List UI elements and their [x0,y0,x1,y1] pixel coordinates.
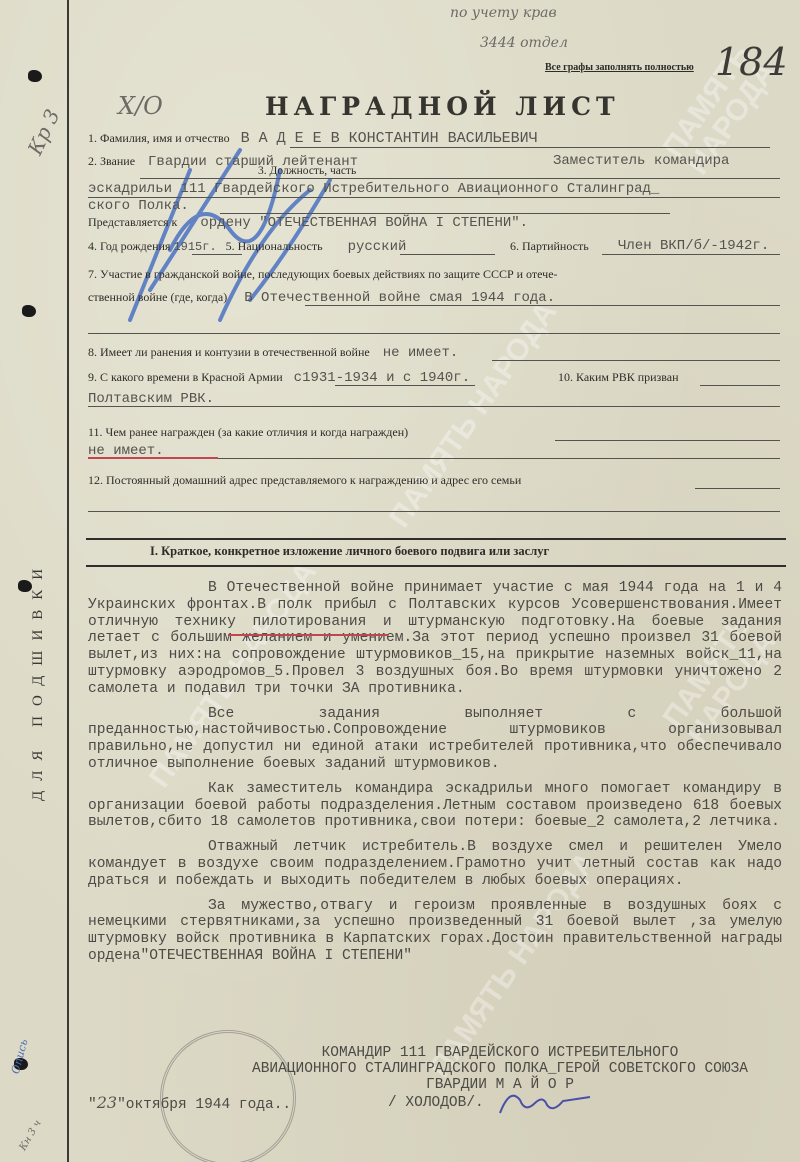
field-participation-cont: ственной войне (где, когда) В Отечествен… [88,289,782,306]
field-value: Член ВКП/б/-1942г. [618,238,769,254]
fill-line [88,406,780,407]
field-label: 10. Каким РВК призван [558,369,679,385]
red-underline [88,457,218,459]
field-value: Полтавским РВК. [88,391,214,407]
citation-paragraph: Как заместитель командира эскадрильи мно… [88,781,782,831]
field-army-since: 9. С какого времени в Красной Армии с193… [88,369,782,386]
fill-line [555,440,780,441]
field-position-label: 3. Должность, часть [258,163,782,179]
field-value: 1915г. [173,240,216,254]
fill-line [218,458,780,459]
commander-name: / ХОЛОДОВ/. [388,1095,484,1111]
fill-line [400,254,495,255]
fill-line [695,488,780,489]
field-label: 9. С какого времени в Красной Армии [88,370,283,384]
signature-line: АВИАЦИОННОГО СТАЛИНГРАДСКОГО ПОЛКА_ГЕРОЙ… [230,1061,770,1077]
field-rvk: Полтавским РВК. [88,390,782,407]
field-label: 7. Участие в гражданской войне, последую… [88,267,558,281]
field-birth-year: 4. Год рождения 1915г. 5. Национальность… [88,238,782,255]
field-label: 8. Имеет ли ранения и контузии в отечест… [88,345,370,359]
fill-line [220,213,670,214]
field-label: ственной войне (где, когда) [88,290,227,304]
field-label: 1. Фамилия, имя и отчество [88,131,230,145]
date-rest: октября 1944 года.. [126,1097,291,1113]
citation-paragraph: Отважный летчик истребитель.В воздухе см… [88,839,782,889]
commander-signature [495,1085,595,1120]
field-label: 4. Год рождения [88,239,170,253]
signature-line: КОМАНДИР 111 ГВАРДЕЙСКОГО ИСТРЕБИТЕЛЬНОГ… [230,1045,770,1061]
field-value: русский [348,239,407,255]
field-value: ского Полка. [88,198,189,214]
citation-body: В Отечественной войне принимает участие … [88,580,782,973]
red-underline [228,634,388,636]
binding-line [67,0,69,1162]
field-value: В А Д Е Е В КОНСТАНТИН ВАСИЛЬЕВИЧ [241,130,538,147]
field-label: 12. Постоянный домашний адрес представля… [88,473,521,487]
field-value: не имеет. [383,345,459,361]
citation-paragraph: В Отечественной войне принимает участие … [88,580,782,698]
field-label: 3. Должность, часть [258,165,356,177]
field-value: эскадрильи 111 Гвардейского Истребительн… [88,181,659,197]
section-divider [86,538,786,540]
field-address: 12. Постоянный домашний адрес представля… [88,472,782,488]
punch-hole [22,305,36,317]
signature-date: "23"октября 1944 года.. [88,1095,291,1113]
field-name: 1. Фамилия, имя и отчество В А Д Е Е В К… [88,130,782,147]
margin-handwriting: Х/О [118,92,163,120]
fill-line [88,511,780,512]
instruction-note: Все графы заполнять полностью [545,62,694,73]
field-position-cont: ского Полка. [88,197,782,214]
field-label: 2. Звание [88,154,135,168]
field-participation: 7. Участие в гражданской войне, последую… [88,266,782,282]
fill-line [290,147,770,148]
fill-line [602,254,780,255]
field-label: 5. Национальность [226,239,323,253]
fill-line [492,360,780,361]
field-wounds: 8. Имеет ли ранения и контузии в отечест… [88,344,782,361]
page-title: НАГРАДНОЙ ЛИСТ [265,92,620,121]
fill-line [192,254,242,255]
section-divider [86,565,786,567]
field-label: 6. Партийность [510,238,589,254]
date-day: 23 [97,1093,117,1112]
handwritten-note: 3444 отдел [480,35,568,51]
binding-label: ДЛЯ ПОДШИВКИ [30,470,56,890]
fill-line [140,178,780,179]
field-position-cont: эскадрильи 111 Гвардейского Истребительн… [88,180,782,197]
handwritten-note: по учету крав [450,5,557,21]
citation-paragraph: Все задания выполняет с большой преданно… [88,706,782,773]
fill-line [335,385,475,386]
field-awards: 11. Чем ранее награжден (за какие отличи… [88,424,782,440]
citation-paragraph: За мужество,отвагу и героизм проявленные… [88,898,782,965]
field-value: с1931-1934 и с 1940г. [294,370,470,386]
field-label: 11. Чем ранее награжден (за какие отличи… [88,425,408,439]
fill-line [305,305,780,306]
punch-hole [18,580,32,592]
field-presented: Представляется к ордену "ОТЕЧЕСТВЕННАЯ В… [88,214,782,231]
field-value: В Отечественной войне смая 1944 года. [244,290,555,306]
section-heading: I. Краткое, конкретное изложение личного… [150,544,549,559]
fill-line [88,333,780,334]
punch-hole [28,70,42,82]
archive-number: 184 [715,40,788,84]
field-value: ордену "ОТЕЧЕСТВЕННАЯ ВОЙНА I СТЕПЕНИ". [200,215,528,231]
field-label: Представляется к [88,215,177,229]
fill-line [700,385,780,386]
